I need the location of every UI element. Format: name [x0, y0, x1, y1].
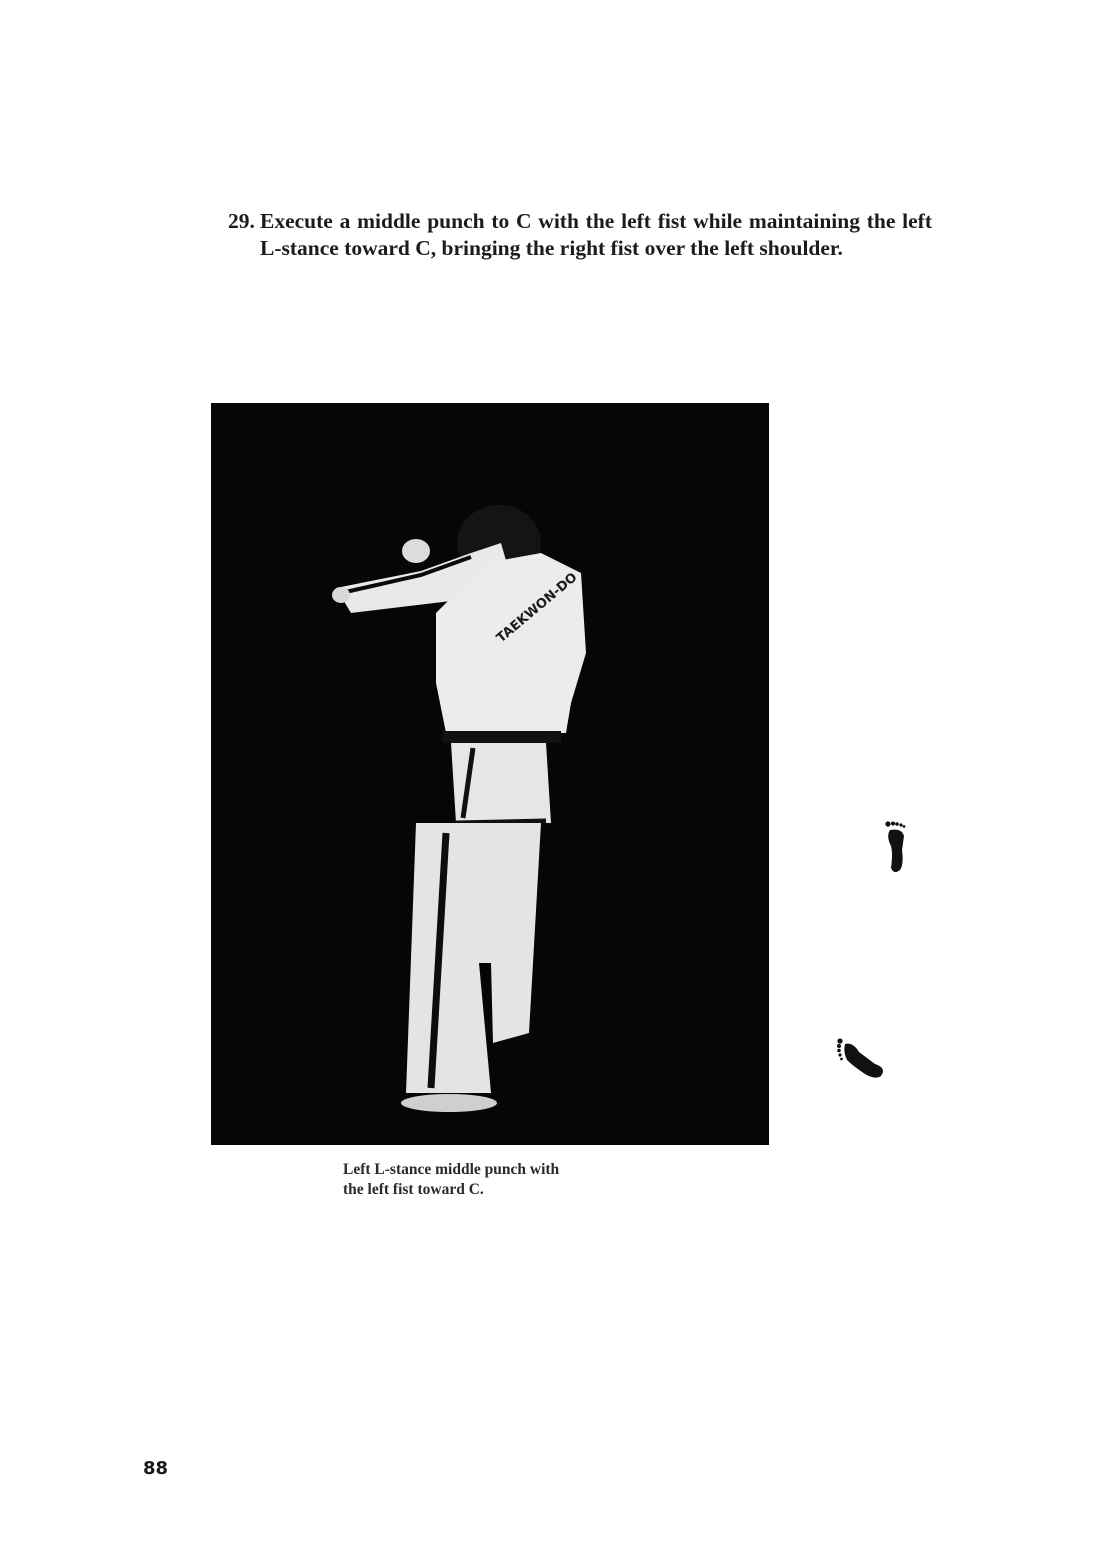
practitioner-figure: TAEKWON-DO [211, 403, 769, 1145]
caption-line-1: Left L-stance middle punch with [343, 1160, 673, 1180]
right-footprint-icon [880, 820, 910, 875]
step-number: 29. [228, 208, 260, 235]
technique-photo: TAEKWON-DO [211, 403, 769, 1145]
caption-line-2: the left fist toward C. [343, 1180, 673, 1200]
photo-caption: Left L-stance middle punch with the left… [343, 1160, 673, 1200]
step-instruction: 29.Execute a middle punch to C with the … [228, 208, 932, 262]
step-text: Execute a middle punch to C with the lef… [260, 209, 932, 260]
page-number: 88 [143, 1458, 168, 1479]
left-footprint-icon [835, 1036, 887, 1080]
